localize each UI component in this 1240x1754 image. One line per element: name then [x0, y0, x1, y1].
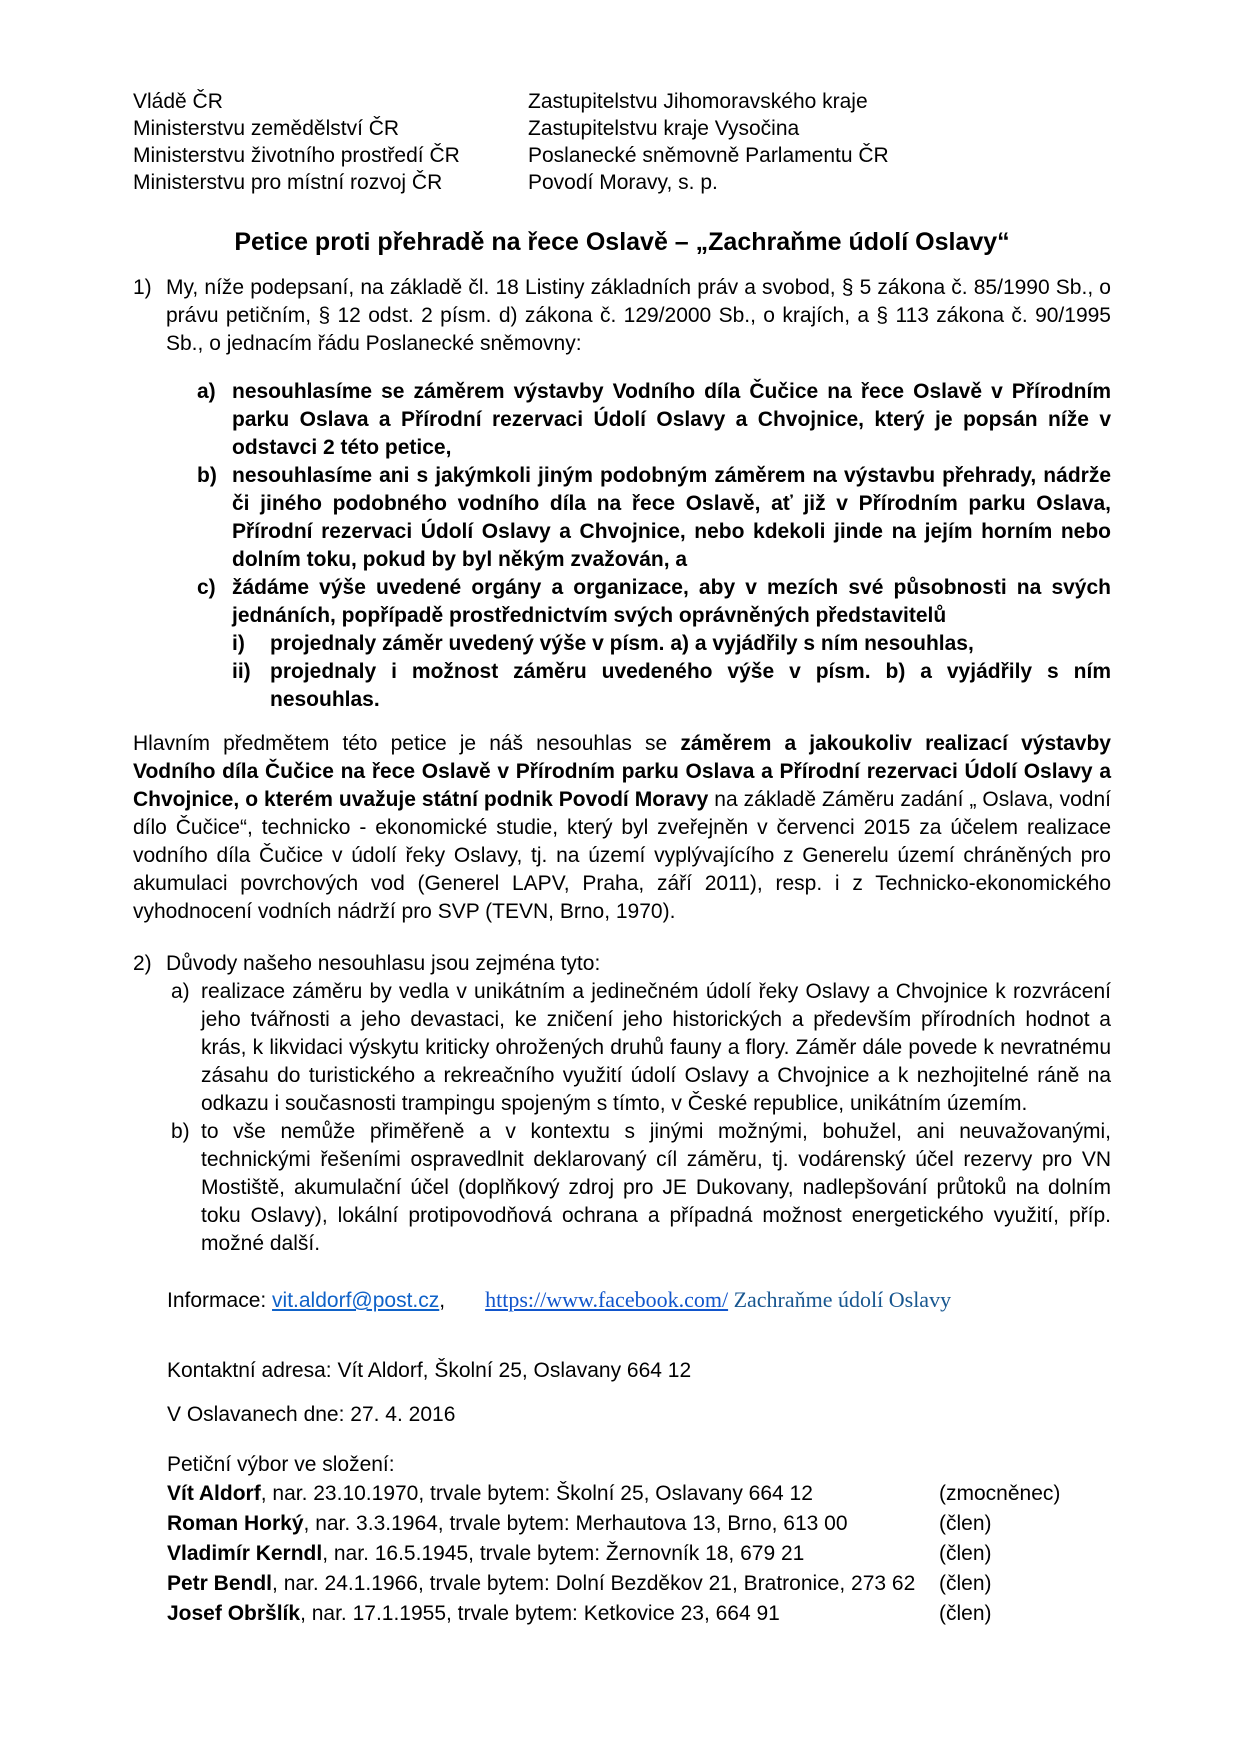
- member-role: (zmocněnec): [939, 1479, 1060, 1509]
- addressee-column-left: Vládě ČR Ministerstvu zemědělství ČR Min…: [133, 88, 528, 196]
- addressee-line: Zastupitelstvu Jihomoravského kraje: [528, 88, 1111, 115]
- addressee-line: Ministerstvu životního prostředí ČR: [133, 142, 528, 169]
- addressee-line: Ministerstvu zemědělství ČR: [133, 115, 528, 142]
- info-separator: ,: [439, 1289, 445, 1312]
- committee-member-row: Petr Bendl, nar. 24.1.1966, trvale bytem…: [167, 1569, 1111, 1599]
- subitem-text: projednaly i možnost záměru uvedeného vý…: [270, 660, 1111, 711]
- item-text: nesouhlasíme se záměrem výstavby Vodního…: [232, 380, 1111, 459]
- clause-1-item-a: a) nesouhlasíme se záměrem výstavby Vodn…: [133, 378, 1111, 462]
- main-paragraph-regular: Hlavním předmětem této petice je náš nes…: [133, 732, 680, 755]
- petition-title: Petice proti přehradě na řece Oslavě – „…: [133, 224, 1111, 260]
- member-role: (člen): [939, 1539, 992, 1569]
- item-marker: a): [171, 978, 190, 1006]
- addressee-line: Ministerstvu pro místní rozvoj ČR: [133, 169, 528, 196]
- clause-2-text: Důvody našeho nesouhlasu jsou zejména ty…: [166, 952, 600, 975]
- addressee-line: Zastupitelstvu kraje Vysočina: [528, 115, 1111, 142]
- item-text: nesouhlasíme ani s jakýmkoli jiným podob…: [232, 464, 1111, 571]
- committee-header: Petiční výbor ve složení:: [167, 1451, 1111, 1479]
- facebook-caption: Zachraňme údolí Oslavy: [728, 1287, 951, 1312]
- member-role: (člen): [939, 1599, 992, 1629]
- member-details: , nar. 16.5.1945, trvale bytem: Žernovní…: [322, 1542, 804, 1565]
- member-name: Petr Bendl: [167, 1572, 272, 1595]
- subitem-text: projednaly záměr uvedený výše v písm. a)…: [270, 632, 974, 655]
- date-line: V Oslavanech dne: 27. 4. 2016: [133, 1401, 1111, 1429]
- clause-1: 1) My, níže podepsaní, na základě čl. 18…: [133, 274, 1111, 358]
- addressee-line: Poslanecké sněmovně Parlamentu ČR: [528, 142, 1111, 169]
- clause-2: 2) Důvody našeho nesouhlasu jsou zejména…: [133, 950, 1111, 1258]
- clause-1-list: a) nesouhlasíme se záměrem výstavby Vodn…: [133, 378, 1111, 714]
- info-label: Informace:: [167, 1289, 272, 1312]
- member-role: (člen): [939, 1509, 992, 1539]
- item-marker: b): [197, 462, 217, 490]
- clause-1-marker: 1): [133, 274, 152, 302]
- addressee-column-right: Zastupitelstvu Jihomoravského kraje Zast…: [528, 88, 1111, 196]
- main-subject-paragraph: Hlavním předmětem této petice je náš nes…: [133, 730, 1111, 926]
- member-name: Vladimír Kerndl: [167, 1542, 322, 1565]
- committee-member-row: Vladimír Kerndl, nar. 16.5.1945, trvale …: [167, 1539, 1111, 1569]
- member-name: Vít Aldorf: [167, 1482, 261, 1505]
- clause-1-item-b: b) nesouhlasíme ani s jakýmkoli jiným po…: [133, 462, 1111, 574]
- item-text: realizace záměru by vedla v unikátním a …: [201, 980, 1111, 1115]
- member-details: , nar. 24.1.1966, trvale bytem: Dolní Be…: [272, 1572, 915, 1595]
- item-marker: b): [171, 1118, 190, 1146]
- contact-address-line: Kontaktní adresa: Vít Aldorf, Školní 25,…: [133, 1357, 1111, 1385]
- committee-member-row: Roman Horký, nar. 3.3.1964, trvale bytem…: [167, 1509, 1111, 1539]
- document-content: Vládě ČR Ministerstvu zemědělství ČR Min…: [133, 88, 1111, 1629]
- info-line: Informace: vit.aldorf@post.cz,https://ww…: [133, 1286, 1111, 1315]
- addressee-header: Vládě ČR Ministerstvu zemědělství ČR Min…: [133, 88, 1111, 196]
- subitem-marker: i): [232, 630, 245, 658]
- member-details: , nar. 17.1.1955, trvale bytem: Ketkovic…: [300, 1602, 780, 1625]
- committee-section: Petiční výbor ve složení: Vít Aldorf, na…: [133, 1451, 1111, 1629]
- member-role: (člen): [939, 1569, 992, 1599]
- petition-document-page: Vládě ČR Ministerstvu zemědělství ČR Min…: [0, 0, 1240, 1754]
- member-details: , nar. 23.10.1970, trvale bytem: Školní …: [261, 1482, 813, 1505]
- clause-1-subitem-i: i) projednaly záměr uvedený výše v písm.…: [133, 630, 1111, 658]
- subitem-marker: ii): [232, 658, 251, 686]
- item-marker: a): [197, 378, 216, 406]
- clause-1-item-c: c) žádáme výše uvedené orgány a organiza…: [133, 574, 1111, 630]
- clause-2-item-a: a) realizace záměru by vedla v unikátním…: [133, 978, 1111, 1118]
- facebook-link[interactable]: https://www.facebook.com/: [485, 1287, 728, 1312]
- clause-1-text: My, níže podepsaní, na základě čl. 18 Li…: [166, 276, 1111, 355]
- member-details: , nar. 3.3.1964, trvale bytem: Merhautov…: [304, 1512, 848, 1535]
- member-name: Josef Obršlík: [167, 1602, 300, 1625]
- member-name: Roman Horký: [167, 1512, 304, 1535]
- item-text: to vše nemůže přiměřeně a v kontextu s j…: [201, 1120, 1111, 1255]
- clause-2-marker: 2): [133, 950, 152, 978]
- addressee-line: Povodí Moravy, s. p.: [528, 169, 1111, 196]
- addressee-line: Vládě ČR: [133, 88, 528, 115]
- clause-1-subitem-ii: ii) projednaly i možnost záměru uvedenéh…: [133, 658, 1111, 714]
- clause-2-intro: 2) Důvody našeho nesouhlasu jsou zejména…: [133, 950, 1111, 978]
- committee-member-row: Vít Aldorf, nar. 23.10.1970, trvale byte…: [167, 1479, 1111, 1509]
- email-link[interactable]: vit.aldorf@post.cz: [272, 1289, 439, 1312]
- item-marker: c): [197, 574, 216, 602]
- item-text: žádáme výše uvedené orgány a organizace,…: [232, 576, 1111, 627]
- committee-member-row: Josef Obršlík, nar. 17.1.1955, trvale by…: [167, 1599, 1111, 1629]
- clause-2-item-b: b) to vše nemůže přiměřeně a v kontextu …: [133, 1118, 1111, 1258]
